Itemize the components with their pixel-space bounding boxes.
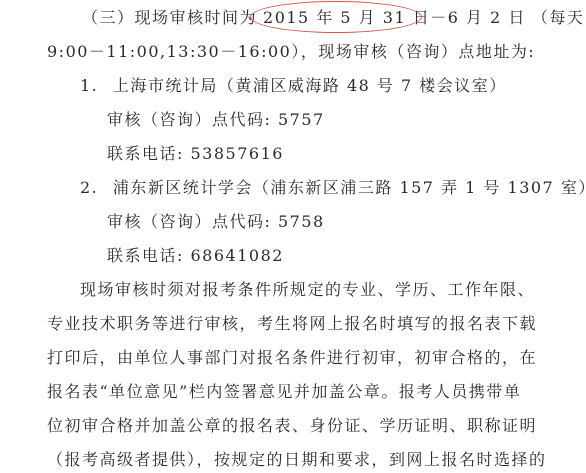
location-1-phone: 联系电话: 53857616: [107, 144, 284, 164]
code-label: 审核（咨询）点代码:: [107, 110, 271, 129]
location-2-phone: 联系电话: 68641082: [107, 246, 284, 266]
location-number: 2.: [80, 178, 98, 197]
location-2-title: 2. 浦东新区统计学会（浦东新区浦三路 157 弄 1 号 1307 室）: [80, 178, 586, 198]
heading-prefix: （三）现场审核时间为: [82, 8, 257, 27]
paragraph-line: 专业技术职务等进行审核，考生将网上报名时填写的报名表下载: [47, 314, 537, 334]
phone-label: 联系电话:: [107, 144, 184, 163]
location-2-code: 审核（咨询）点代码: 5758: [107, 212, 325, 232]
paragraph-line: 现场审核时须对报考条件所规定的专业、学历、工作年限、: [80, 280, 535, 300]
location-1-title: 1. 上海市统计局（黄浦区威海路 48 号 7 楼会议室）: [80, 76, 507, 96]
hours-line: 9:00－11:00,13:30－16:00），现场审核（咨询）点地址为:: [47, 42, 535, 62]
phone-label: 联系电话:: [107, 246, 184, 265]
location-1-code: 审核（咨询）点代码: 5757: [107, 110, 325, 130]
paragraph-line: 打印后，由单位人事部门对报名条件进行初审，初审合格的，在: [47, 348, 537, 368]
red-ellipse-annotation: [250, 1, 422, 33]
paragraph-line: 位初审合格并加盖公章的报名表、身份证、学历证明、职称证明: [47, 416, 537, 436]
heading-suffix: （每天: [532, 8, 585, 27]
phone-value: 68641082: [191, 246, 284, 265]
code-value: 5758: [278, 212, 325, 231]
code-label: 审核（咨询）点代码:: [107, 212, 271, 231]
location-name-address: 浦东新区统计学会（浦东新区浦三路 157 弄 1 号 1307 室）: [113, 178, 586, 197]
phone-value: 53857616: [191, 144, 284, 163]
location-number: 1.: [80, 76, 98, 95]
code-value: 5757: [278, 110, 325, 129]
location-name-address: 上海市统计局（黄浦区威海路 48 号 7 楼会议室）: [113, 76, 507, 95]
paragraph-line: （报考高级者提供），按规定的日期和要求，到网上报名时选择的: [47, 450, 547, 470]
paragraph-line: 报名表“单位意见”栏内签署意见并加盖公章。报考人员携带单: [47, 382, 521, 402]
